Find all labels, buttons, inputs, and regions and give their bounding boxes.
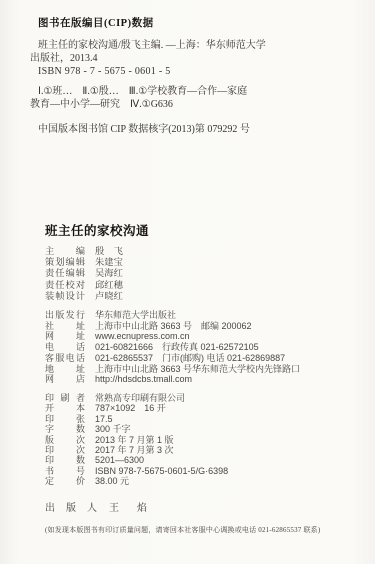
printing-value: 17.5 [95, 414, 113, 424]
credit-value: 卢晓红 [95, 291, 123, 301]
printing-label: 版次 [45, 435, 85, 445]
publisher-label: 客服电话 [45, 353, 85, 364]
publisher-value: http://hdsdcbs.tmall.com [95, 374, 192, 384]
printing-value: 5201—6300 [95, 455, 144, 465]
publisher-block: 出版发行华东师范大学出版社 社址上海市中山北路 3663 号 邮编 200062… [45, 310, 300, 385]
publisher-label: 社址 [45, 321, 85, 332]
publisher-person-label: 出版人 [45, 499, 97, 514]
printing-value: 常熟高专印刷有限公司 [95, 393, 185, 403]
publisher-label: 出版发行 [45, 310, 85, 321]
printing-row: 印次2017 年 7 月第 3 次 [45, 445, 228, 455]
book-title: 班主任的家校沟通 [45, 221, 149, 239]
publisher-row: 地址上海市中山北路 3663 号华东师范大学校内先锋路口 [45, 364, 300, 375]
cip-record-number: 中国版本图书馆 CIP 数据核字(2013)第 079292 号 [30, 123, 342, 136]
printing-label: 开本 [45, 403, 85, 413]
credit-value: 殷 飞 [95, 246, 123, 256]
publisher-value: 上海市中山北路 3663 号华东师范大学校内先锋路口 [95, 364, 300, 374]
credit-label: 策划编辑 [45, 257, 85, 268]
publisher-row: 客服电话021-62865537 门市(邮购) 电话 021-62869887 [45, 353, 300, 364]
credit-row: 责任校对邱红穗 [45, 280, 123, 291]
printing-value: 787×1092 16 开 [95, 403, 166, 413]
cip-classification-line2: 教育—中小学—研究 Ⅳ.①G636 [30, 98, 342, 111]
printing-label: 书号 [45, 466, 85, 476]
printing-row: 印刷者常熟高专印刷有限公司 [45, 393, 228, 403]
publisher-value: 华东师范大学出版社 [95, 310, 176, 320]
publisher-row: 社址上海市中山北路 3663 号 邮编 200062 [45, 321, 300, 332]
printing-label: 印次 [45, 445, 85, 455]
credit-value: 吴海红 [95, 268, 123, 278]
publisher-label: 网店 [45, 374, 85, 385]
credit-row: 责任编辑吴海红 [45, 268, 123, 279]
credit-row: 装帧设计卢晓红 [45, 291, 123, 302]
printing-row: 开本787×1092 16 开 [45, 403, 228, 413]
quality-footnote: (如发现本版图书有印订质量问题，请寄回本社客服中心调换或电话 021-62865… [45, 526, 345, 535]
cip-isbn: ISBN 978 - 7 - 5675 - 0601 - 5 [30, 65, 342, 78]
publisher-value: www.ecnupress.com.cn [95, 331, 190, 341]
publisher-row: 网店http://hdsdcbs.tmall.com [45, 374, 300, 385]
printing-value: 2013 年 7 月第 1 版 [95, 435, 174, 445]
printing-row: 印张17.5 [45, 414, 228, 424]
printing-value: 38.00 元 [95, 476, 129, 486]
printing-block: 印刷者常熟高专印刷有限公司 开本787×1092 16 开 印张17.5 字数3… [45, 393, 228, 487]
cip-heading: 图书在版编目(CIP)数据 [30, 17, 342, 30]
credit-row: 主编殷 飞 [45, 246, 123, 257]
publisher-row: 出版发行华东师范大学出版社 [45, 310, 300, 321]
credit-label: 装帧设计 [45, 291, 85, 302]
printing-label: 印张 [45, 414, 85, 424]
credit-value: 邱红穗 [95, 280, 123, 290]
printing-row: 字数300 千字 [45, 424, 228, 434]
credit-label: 责任校对 [45, 280, 85, 291]
publisher-value: 021-60821666 行政传真 021-62572105 [95, 342, 259, 352]
credits-block: 主编殷 飞 策划编辑朱建宝 责任编辑吴海红 责任校对邱红穗 装帧设计卢晓红 [45, 246, 123, 302]
cip-description-line1: 班主任的家校沟通/殷飞主编. —上海：华东师范大学 [30, 39, 342, 52]
publisher-value: 上海市中山北路 3663 号 邮编 200062 [95, 321, 252, 331]
printing-label: 定价 [45, 476, 85, 486]
cip-block: 图书在版编目(CIP)数据 班主任的家校沟通/殷飞主编. —上海：华东师范大学 … [30, 17, 342, 136]
cip-description-line2: 出版社，2013.4 [30, 52, 342, 65]
publisher-person-value: 王 焰 [109, 503, 151, 514]
printing-row: 定价38.00 元 [45, 476, 228, 486]
printing-row: 书号ISBN 978-7-5675-0601-5/G·6398 [45, 466, 228, 476]
printing-value: 2017 年 7 月第 3 次 [95, 445, 174, 455]
publisher-label: 地址 [45, 364, 85, 375]
printing-label: 印数 [45, 455, 85, 465]
credit-label: 主编 [45, 246, 85, 257]
publisher-row: 网址www.ecnupress.com.cn [45, 331, 300, 342]
printing-row: 版次2013 年 7 月第 1 版 [45, 435, 228, 445]
publisher-label: 电话 [45, 342, 85, 353]
printing-value: ISBN 978-7-5675-0601-5/G·6398 [95, 466, 228, 476]
publisher-label: 网址 [45, 331, 85, 342]
cip-classification-line1: Ⅰ.①班… Ⅱ.①殷… Ⅲ.①学校教育—合作—家庭 [30, 85, 342, 98]
printing-label: 印刷者 [45, 393, 85, 403]
printing-value: 300 千字 [95, 424, 131, 434]
credit-value: 朱建宝 [95, 257, 123, 267]
printing-label: 字数 [45, 424, 85, 434]
copyright-page: 图书在版编目(CIP)数据 班主任的家校沟通/殷飞主编. —上海：华东师范大学 … [0, 0, 375, 564]
publisher-row: 电话021-60821666 行政传真 021-62572105 [45, 342, 300, 353]
publisher-value: 021-62865537 门市(邮购) 电话 021-62869887 [95, 353, 285, 363]
publisher-person: 出版人王 焰 [45, 499, 151, 514]
printing-row: 印数5201—6300 [45, 455, 228, 465]
credit-row: 策划编辑朱建宝 [45, 257, 123, 268]
credit-label: 责任编辑 [45, 268, 85, 279]
